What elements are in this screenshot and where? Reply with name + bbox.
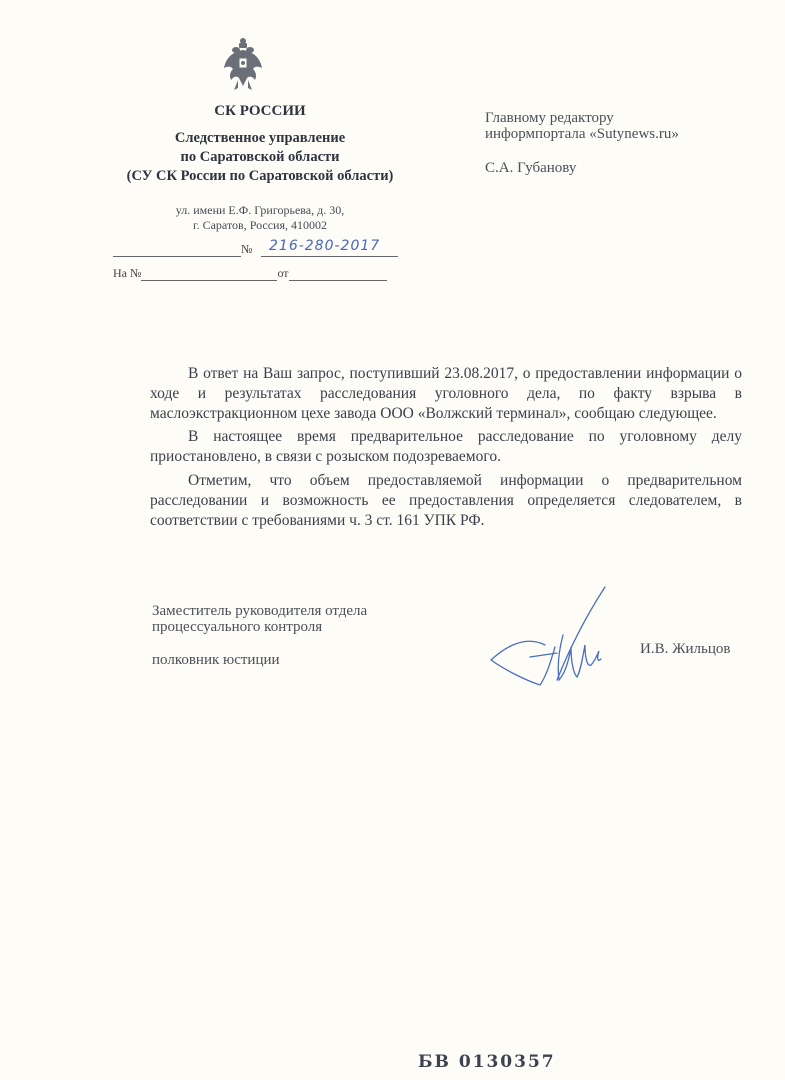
signer-position-line-1: Заместитель руководителя отдела — [152, 603, 367, 619]
org-line-2: по Саратовской области — [110, 149, 410, 166]
from-blank — [289, 268, 387, 281]
paragraph-3: Отметим, что объем предоставляемой инфор… — [150, 471, 742, 531]
address-line-1: ул. имени Е.Ф. Григорьева, д. 30, — [130, 203, 390, 218]
signer-name: И.В. Жильцов — [640, 641, 731, 658]
org-line-1: Следственное управление — [110, 130, 410, 147]
reg-no-label: № — [241, 242, 252, 257]
registration-number-line: № 216-280-2017 — [113, 238, 398, 262]
recipient-name: С.А. Губанову — [485, 160, 576, 176]
handwritten-signature-icon — [485, 585, 615, 690]
in-reply-blank — [141, 268, 277, 281]
org-short-name: СК РОССИИ — [110, 103, 410, 120]
recipient-line-2: информпортала «Sutynews.ru» — [485, 126, 679, 142]
paragraph-1: В ответ на Ваш запрос, поступивший 23.08… — [150, 364, 742, 424]
letter-body: В ответ на Ваш запрос, поступивший 23.08… — [150, 364, 742, 531]
form-serial-number: БВ 0130357 — [418, 1052, 556, 1072]
recipient-line-1: Главному редактору — [485, 110, 614, 126]
in-reply-label: На № — [113, 266, 141, 280]
in-reply-line: На №от — [113, 266, 398, 281]
from-label: от — [277, 266, 288, 280]
paragraph-2: В настоящее время предварительное рассле… — [150, 427, 742, 467]
date-blank — [113, 256, 241, 257]
coat-of-arms-emblem-icon — [222, 36, 264, 92]
reg-no-value: 216-280-2017 — [261, 238, 398, 257]
org-line-3: (СУ СК России по Саратовской области) — [110, 168, 410, 185]
signer-rank: полковник юстиции — [152, 652, 280, 668]
address-line-2: г. Саратов, Россия, 410002 — [130, 218, 390, 233]
signer-position-line-2: процессуального контроля — [152, 619, 322, 635]
